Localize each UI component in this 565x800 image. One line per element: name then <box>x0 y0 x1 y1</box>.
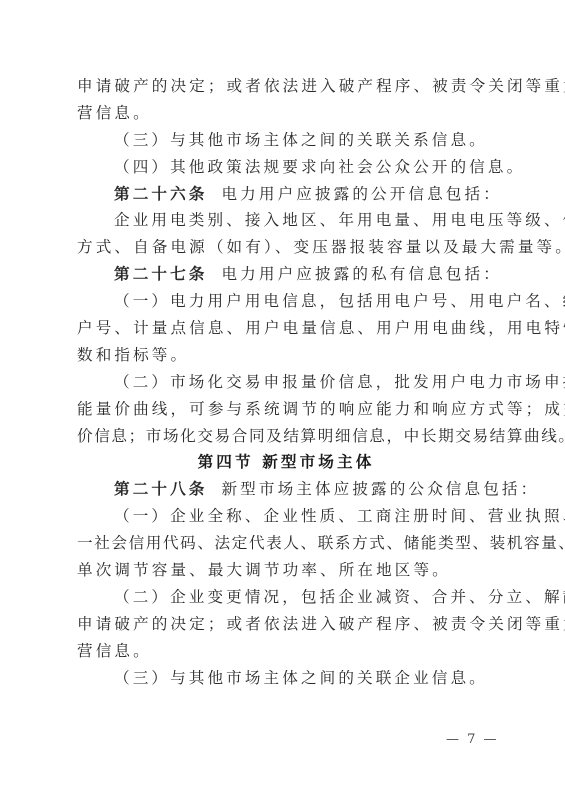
list-item: （一）电力用户用电信息，包括用电户号、用电户名、结算 <box>77 288 495 315</box>
section-title: 第四节 新型市场主体 <box>77 449 495 476</box>
article-28-header: 第二十八条新型市场主体应披露的公众信息包括： <box>77 476 495 503</box>
article-27-header: 第二十七条电力用户应披露的私有信息包括： <box>77 261 495 288</box>
text-line: 一社会信用代码、法定代表人、联系方式、储能类型、装机容量、 <box>77 530 495 557</box>
article-intro: 电力用户应披露的私有信息包括： <box>221 265 501 283</box>
document-page: 申请破产的决定；或者依法进入破产程序、被责令关闭等重大经 营信息。 （三）与其他… <box>77 73 495 691</box>
list-item: （二）企业变更情况，包括企业减资、合并、分立、解散及 <box>77 584 495 611</box>
text-line: 申请破产的决定；或者依法进入破产程序、被责令关闭等重大经 <box>77 611 495 638</box>
list-item: （三）与其他市场主体之间的关联关系信息。 <box>77 127 495 154</box>
page-number: — 7 — <box>446 732 499 747</box>
list-item: （三）与其他市场主体之间的关联企业信息。 <box>77 665 495 692</box>
list-item: （二）市场化交易申报量价信息，批发用户电力市场申报电 <box>77 369 495 396</box>
article-intro: 电力用户应披露的公开信息包括： <box>221 185 501 203</box>
article-26-header: 第二十六条电力用户应披露的公开信息包括： <box>77 181 495 208</box>
article-intro: 新型市场主体应披露的公众信息包括： <box>221 480 539 498</box>
list-item: （四）其他政策法规要求向社会公众公开的信息。 <box>77 154 495 181</box>
text-line: 营信息。 <box>77 638 495 665</box>
text-line: 单次调节容量、最大调节功率、所在地区等。 <box>77 557 495 584</box>
text-line: 价信息；市场化交易合同及结算明细信息，中长期交易结算曲线。 <box>77 423 495 450</box>
text-line: 企业用电类别、接入地区、年用电量、用电电压等级、供电 <box>77 207 495 234</box>
text-line: 营信息。 <box>77 100 495 127</box>
text-line: 申请破产的决定；或者依法进入破产程序、被责令关闭等重大经 <box>77 73 495 100</box>
text-line: 能量价曲线，可参与系统调节的响应能力和响应方式等；成交量 <box>77 396 495 423</box>
article-heading: 第二十六条 <box>114 184 207 203</box>
list-item: （一）企业全称、企业性质、工商注册时间、营业执照、统 <box>77 503 495 530</box>
article-heading: 第二十八条 <box>114 479 207 498</box>
text-line: 户号、计量点信息、用户电量信息、用户用电曲线，用电特性参 <box>77 315 495 342</box>
text-line: 方式、自备电源（如有）、变压器报装容量以及最大需量等。 <box>77 234 495 261</box>
article-heading: 第二十七条 <box>114 264 207 283</box>
text-line: 数和指标等。 <box>77 342 495 369</box>
